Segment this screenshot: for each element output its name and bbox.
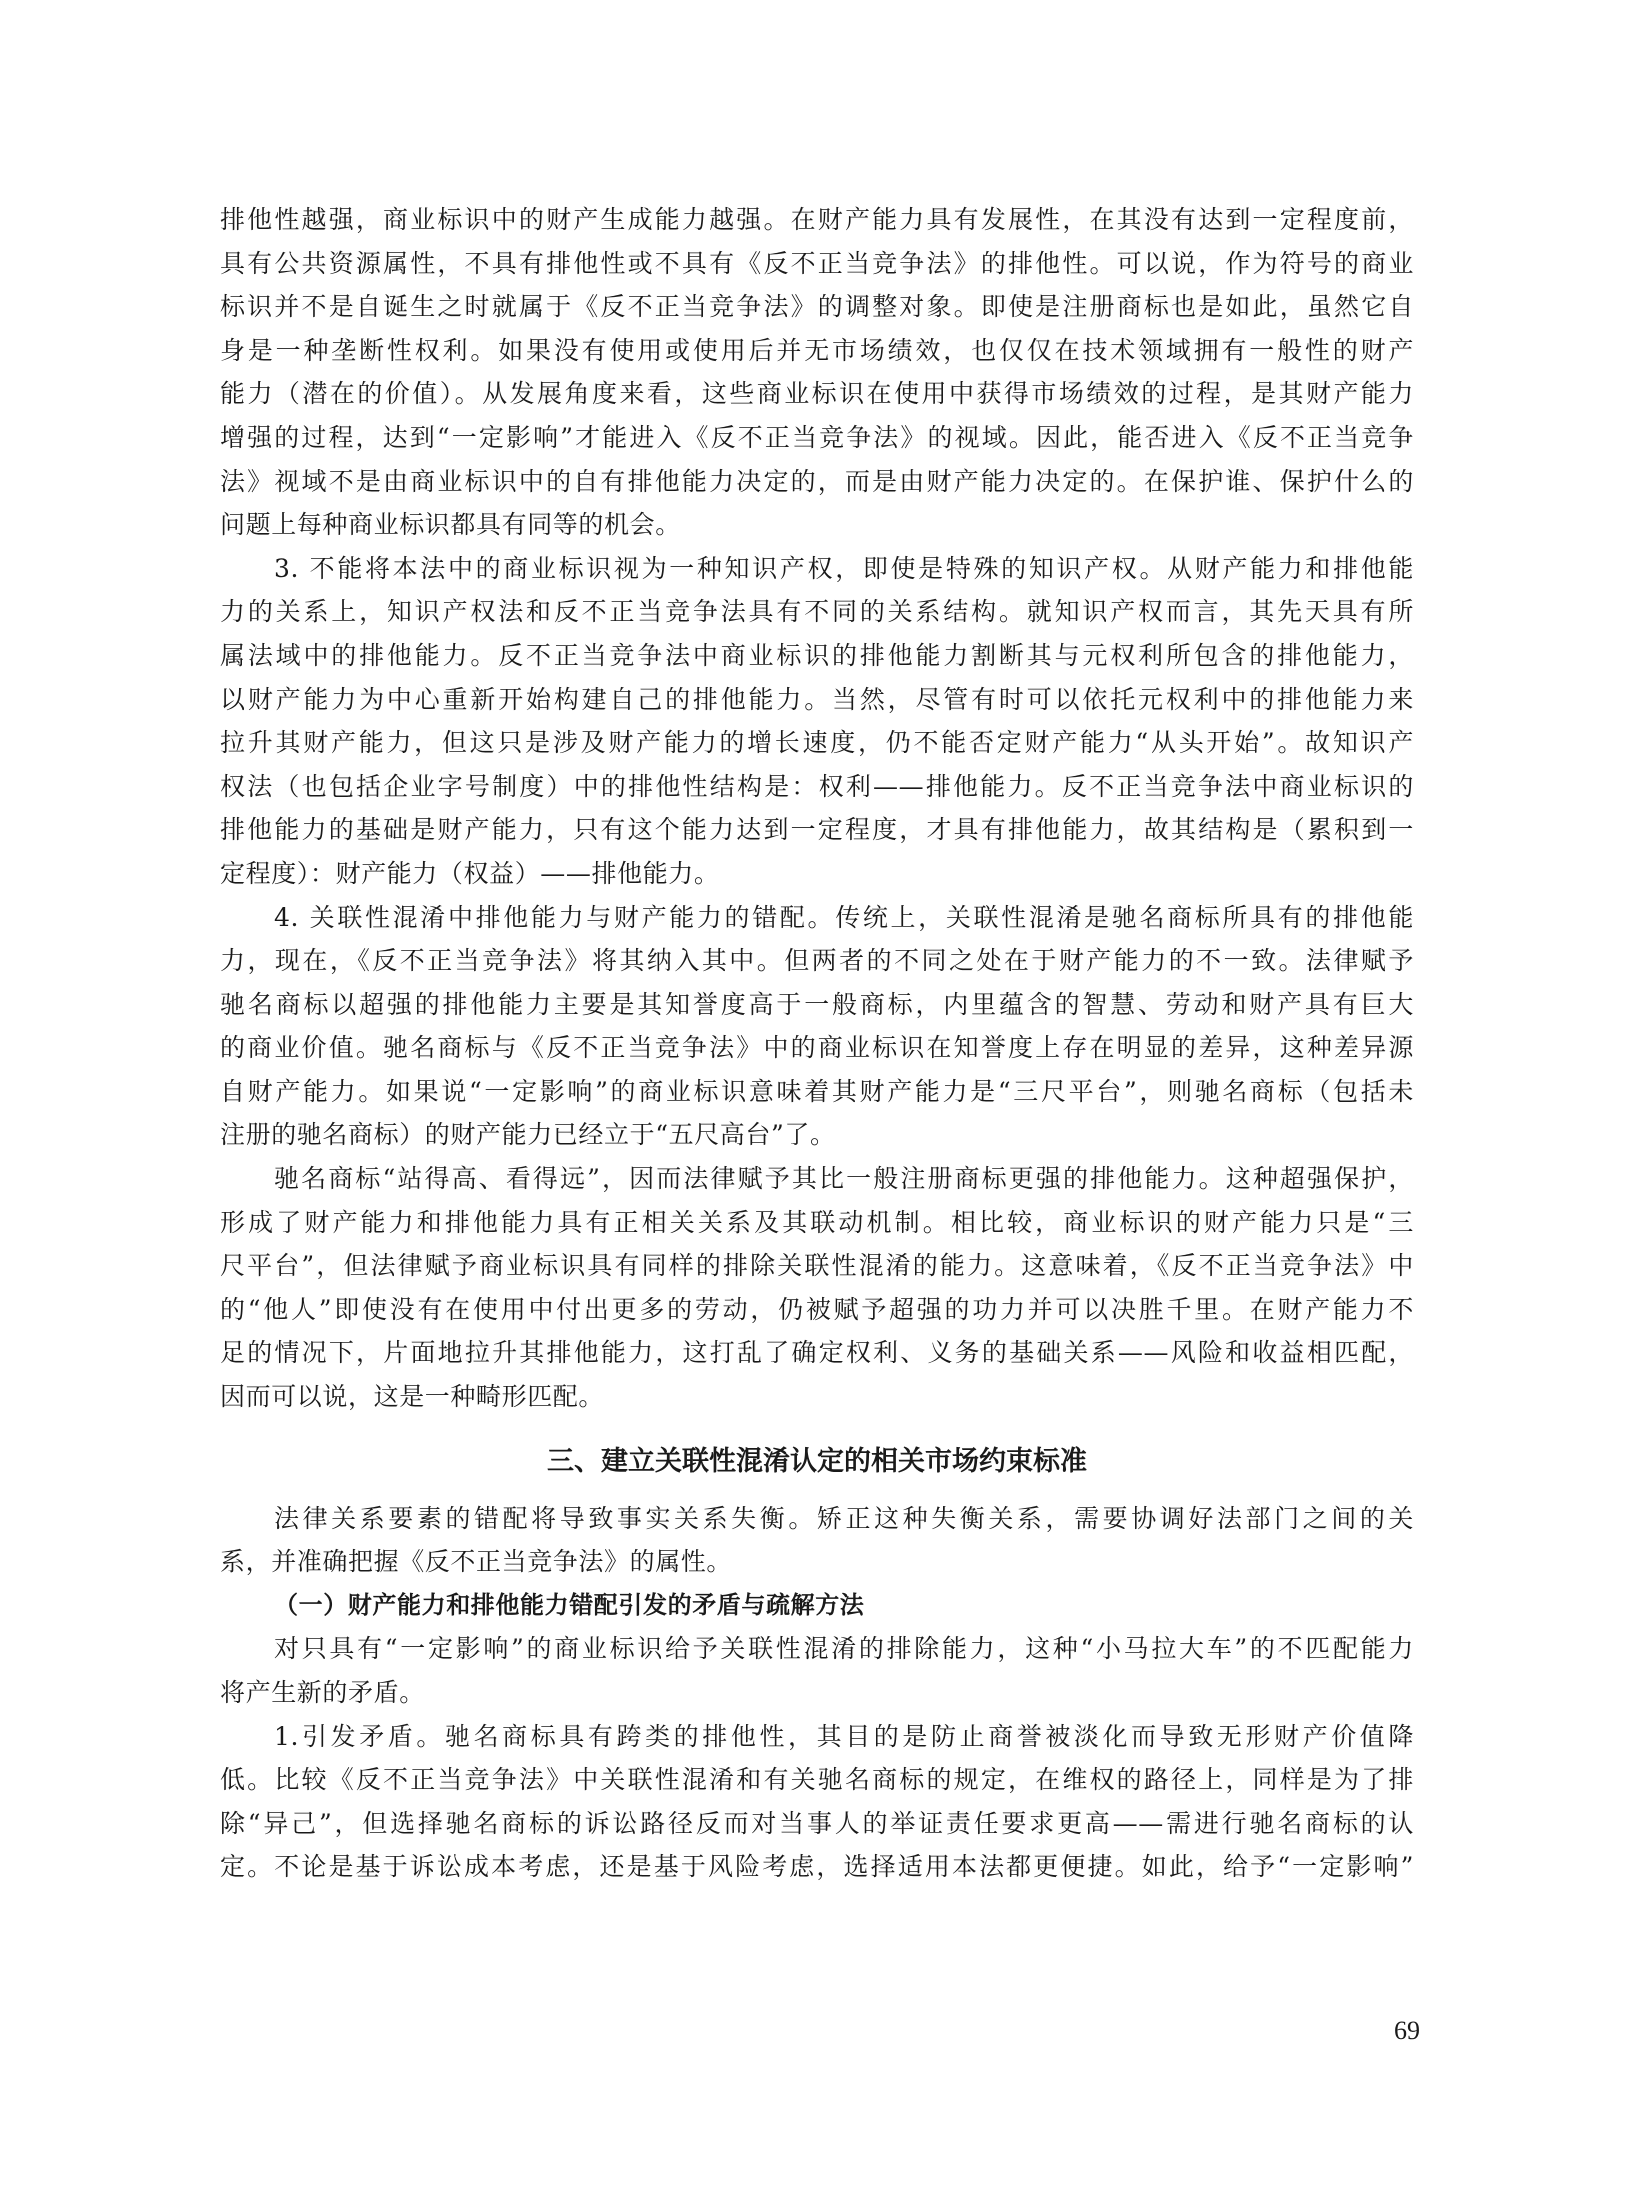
text-line: 拉升其财产能力，但这只是涉及财产能力的增长速度，仍不能否定财产能力“从头开始”。… [220, 721, 1414, 765]
text-line: 低。比较《反不正当竞争法》中关联性混淆和有关驰名商标的规定，在维权的路径上，同样… [220, 1758, 1414, 1802]
text-line: 的商业价值。驰名商标与《反不正当竞争法》中的商业标识在知誉度上存在明显的差异，这… [220, 1026, 1414, 1070]
text-line: 法》视域不是由商业标识中的自有排他能力决定的，而是由财产能力决定的。在保护谁、保… [220, 460, 1414, 504]
text-line: 标识并不是自诞生之时就属于《反不正当竞争法》的调整对象。即使是注册商标也是如此，… [220, 285, 1414, 329]
subsection-heading: （一）财产能力和排他能力错配引发的矛盾与疏解方法 [220, 1584, 1414, 1628]
text-line: 除“异己”，但选择驰名商标的诉讼路径反而对当事人的举证责任要求更高——需进行驰名… [220, 1802, 1414, 1846]
text-line: 将产生新的矛盾。 [220, 1671, 1414, 1715]
text-line: 问题上每种商业标识都具有同等的机会。 [220, 503, 1414, 547]
text-line: 排他能力的基础是财产能力，只有这个能力达到一定程度，才具有排他能力，故其结构是（… [220, 808, 1414, 852]
text-line: 驰名商标以超强的排他能力主要是其知誉度高于一般商标，内里蕴含的智慧、劳动和财产具… [220, 983, 1414, 1027]
text-line: 增强的过程，达到“一定影响”才能进入《反不正当竞争法》的视域。因此，能否进入《反… [220, 416, 1414, 460]
section-heading: 三、建立关联性混淆认定的相关市场约束标准 [220, 1427, 1414, 1497]
text-line: 属法域中的排他能力。反不正当竞争法中商业标识的排他能力割断其与元权利所包含的排他… [220, 634, 1414, 678]
text-line: 1.引发矛盾。驰名商标具有跨类的排他性，其目的是防止商誉被淡化而导致无形财产价值… [220, 1715, 1414, 1759]
text-line: 力，现在，《反不正当竞争法》将其纳入其中。但两者的不同之处在于财产能力的不一致。… [220, 939, 1414, 983]
page-number: 69 [1380, 2016, 1420, 2046]
text-line: 自财产能力。如果说“一定影响”的商业标识意味着其财产能力是“三尺平台”，则驰名商… [220, 1070, 1414, 1114]
text-line: 对只具有“一定影响”的商业标识给予关联性混淆的排除能力，这种“小马拉大车”的不匹… [220, 1627, 1414, 1671]
text-line: 尺平台”，但法律赋予商业标识具有同样的排除关联性混淆的能力。这意味着，《反不正当… [220, 1244, 1414, 1288]
text-line: 以财产能力为中心重新开始构建自己的排他能力。当然，尽管有时可以依托元权利中的排他… [220, 678, 1414, 722]
text-line: 具有公共资源属性，不具有排他性或不具有《反不正当竞争法》的排他性。可以说，作为符… [220, 242, 1414, 286]
text-line: 的“他人”即使没有在使用中付出更多的劳动，仍被赋予超强的功力并可以决胜千里。在财… [220, 1288, 1414, 1332]
text-line: 3. 不能将本法中的商业标识视为一种知识产权，即使是特殊的知识产权。从财产能力和… [220, 547, 1414, 591]
text-line: 注册的驰名商标）的财产能力已经立于“五尺高台”了。 [220, 1113, 1414, 1157]
text-line: 4. 关联性混淆中排他能力与财产能力的错配。传统上，关联性混淆是驰名商标所具有的… [220, 896, 1414, 940]
text-line: 因而可以说，这是一种畸形匹配。 [220, 1375, 1414, 1419]
text-line: 力的关系上，知识产权法和反不正当竞争法具有不同的关系结构。就知识产权而言，其先天… [220, 590, 1414, 634]
text-line: 能力（潜在的价值）。从发展角度来看，这些商业标识在使用中获得市场绩效的过程，是其… [220, 372, 1414, 416]
paragraph-item-4: 4. 关联性混淆中排他能力与财产能力的错配。传统上，关联性混淆是驰名商标所具有的… [220, 896, 1414, 1158]
paragraph-section-intro: 法律关系要素的错配将导致事实关系失衡。矫正这种失衡关系，需要协调好法部门之间的关… [220, 1497, 1414, 1584]
text-line: 身是一种垄断性权利。如果没有使用或使用后并无市场绩效，也仅仅在技术领域拥有一般性… [220, 329, 1414, 373]
text-line: 足的情况下，片面地拉升其排他能力，这打乱了确定权利、义务的基础关系——风险和收益… [220, 1331, 1414, 1375]
paragraph-continuation: 排他性越强，商业标识中的财产生成能力越强。在财产能力具有发展性，在其没有达到一定… [220, 198, 1414, 547]
paragraph-subsection-intro: 对只具有“一定影响”的商业标识给予关联性混淆的排除能力，这种“小马拉大车”的不匹… [220, 1627, 1414, 1714]
text-line: 驰名商标“站得高、看得远”，因而法律赋予其比一般注册商标更强的排他能力。这种超强… [220, 1157, 1414, 1201]
body-text: 排他性越强，商业标识中的财产生成能力越强。在财产能力具有发展性，在其没有达到一定… [220, 198, 1414, 1889]
text-line: 排他性越强，商业标识中的财产生成能力越强。在财产能力具有发展性，在其没有达到一定… [220, 198, 1414, 242]
paragraph-well-known-marks: 驰名商标“站得高、看得远”，因而法律赋予其比一般注册商标更强的排他能力。这种超强… [220, 1157, 1414, 1419]
text-line: 定程度）：财产能力（权益）——排他能力。 [220, 852, 1414, 896]
paragraph-item-3: 3. 不能将本法中的商业标识视为一种知识产权，即使是特殊的知识产权。从财产能力和… [220, 547, 1414, 896]
text-line: 权法（也包括企业字号制度）中的排他性结构是：权利——排他能力。反不正当竞争法中商… [220, 765, 1414, 809]
text-line: 法律关系要素的错配将导致事实关系失衡。矫正这种失衡关系，需要协调好法部门之间的关 [220, 1497, 1414, 1541]
paragraph-item-1: 1.引发矛盾。驰名商标具有跨类的排他性，其目的是防止商誉被淡化而导致无形财产价值… [220, 1715, 1414, 1889]
document-page: 排他性越强，商业标识中的财产生成能力越强。在财产能力具有发展性，在其没有达到一定… [0, 0, 1632, 2199]
text-line: 定。不论是基于诉讼成本考虑，还是基于风险考虑，选择适用本法都更便捷。如此，给予“… [220, 1845, 1414, 1889]
text-line: 形成了财产能力和排他能力具有正相关关系及其联动机制。相比较，商业标识的财产能力只… [220, 1201, 1414, 1245]
text-line: 系，并准确把握《反不正当竞争法》的属性。 [220, 1540, 1414, 1584]
